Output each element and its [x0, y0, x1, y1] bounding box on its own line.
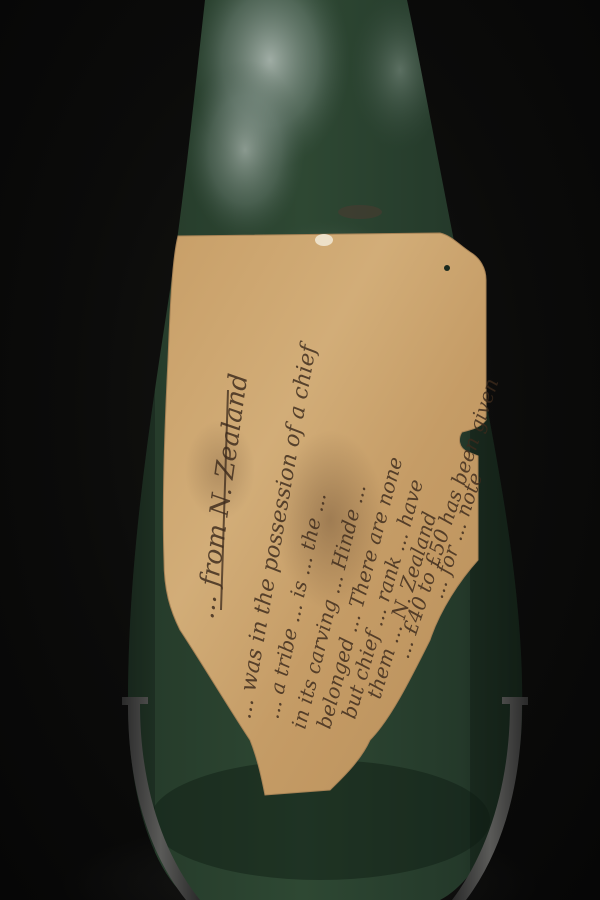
- mere-illustration: ... from N. Zealand ... was in the posse…: [0, 0, 600, 900]
- photo-scene: ... from N. Zealand ... was in the posse…: [0, 0, 600, 900]
